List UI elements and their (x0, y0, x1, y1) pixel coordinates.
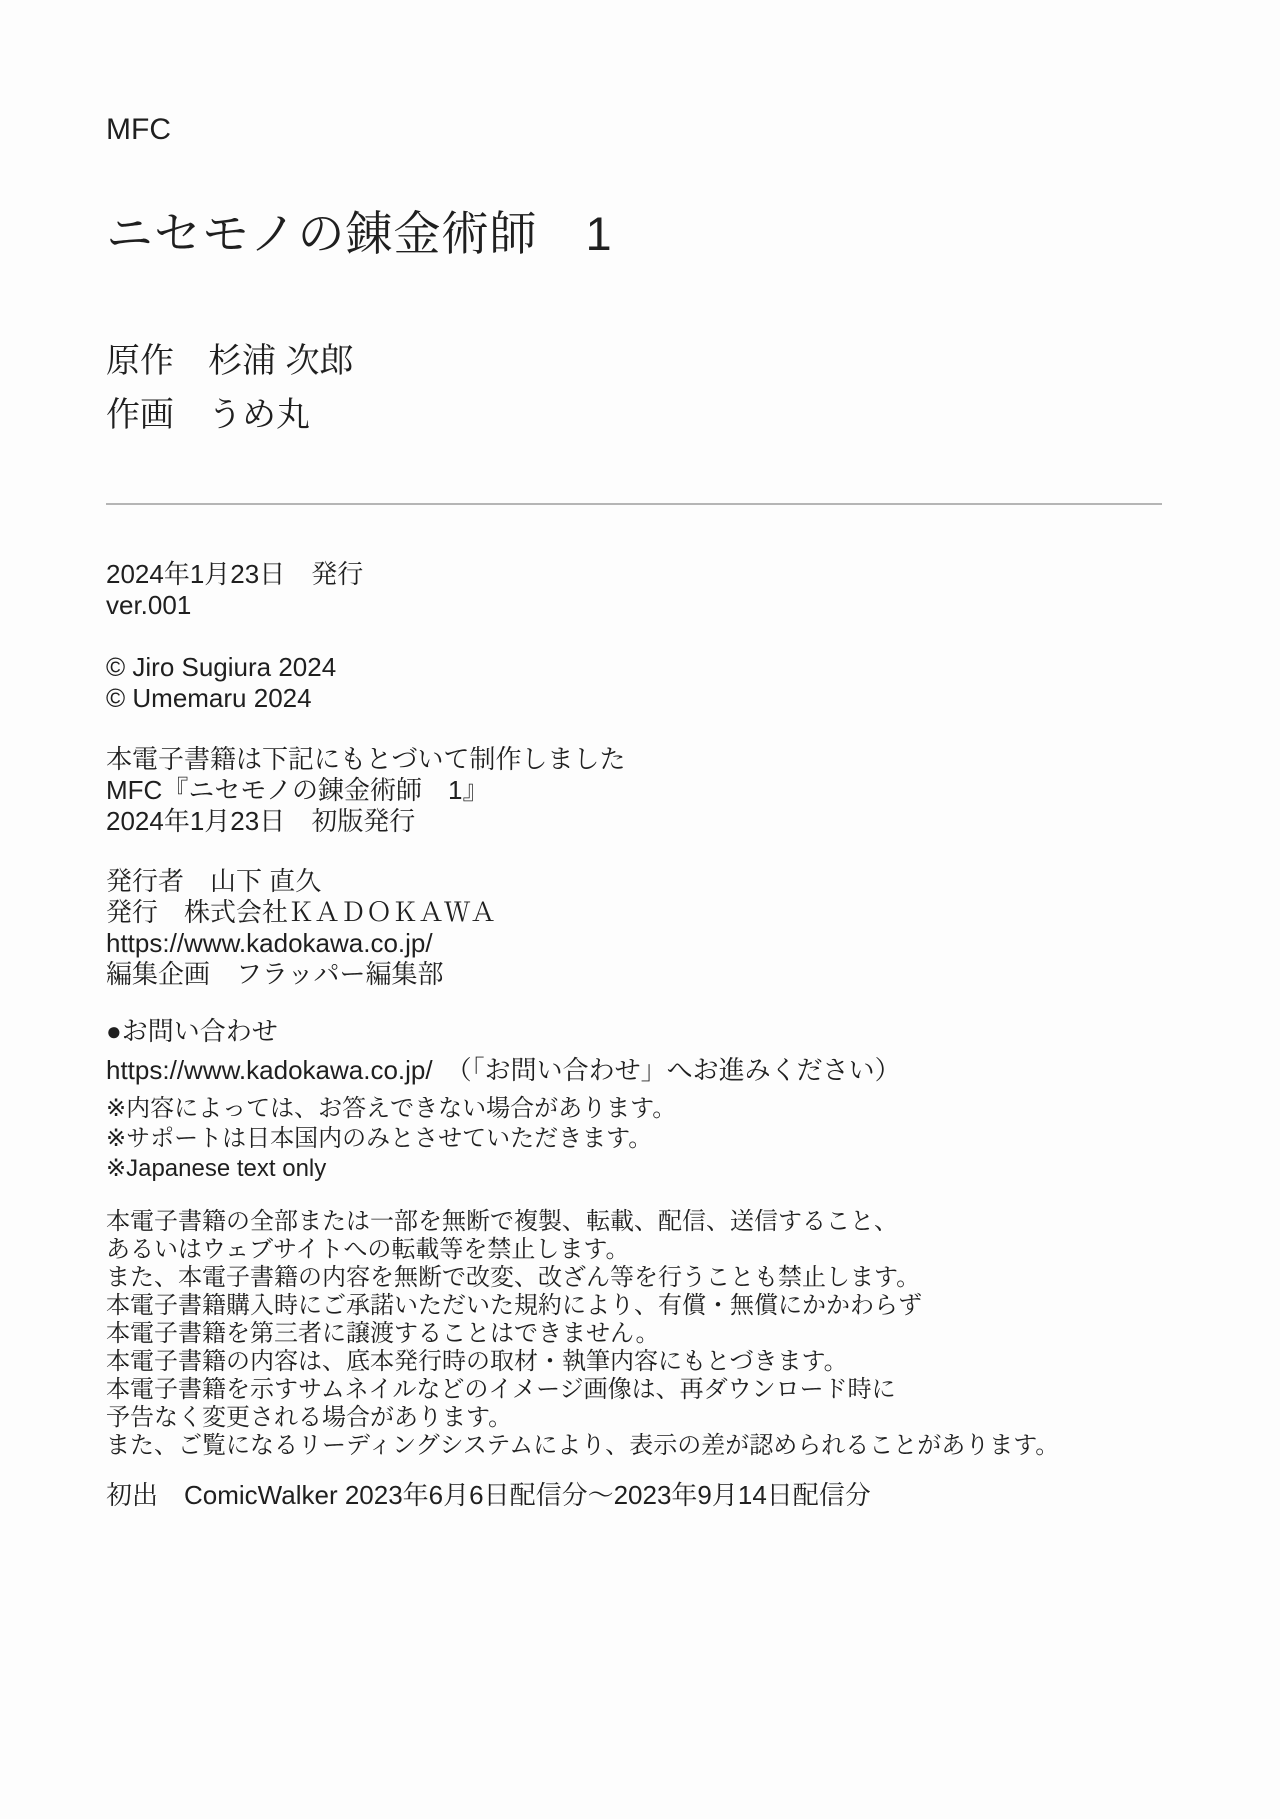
contact-note-language: ※Japanese text only (106, 1154, 1240, 1184)
legal-line: 本電子書籍購入時にご承諾いただいた規約により、有償・無償にかかわらず (106, 1292, 1240, 1320)
contact-note-support: ※サポートは日本国内のみとさせていただきます。 (106, 1124, 1240, 1154)
publisher-block: 発行者 山下 直久 発行 株式会社ＫＡＤＯＫＡＷＡ https://www.ka… (106, 866, 1240, 990)
legal-line: 本電子書籍を示すサムネイルなどのイメージ画像は、再ダウンロード時に (106, 1376, 1240, 1404)
imprint-label: MFC (106, 112, 1240, 148)
legal-line: 本電子書籍を第三者に譲渡することはできません。 (106, 1320, 1240, 1348)
contact-heading: ●お問い合わせ (106, 1016, 1240, 1047)
divider (106, 503, 1162, 505)
copyright-block: © Jiro Sugiura 2024 © Umemaru 2024 (106, 652, 1240, 714)
contact-notes-block: ※内容によっては、お答えできない場合があります。 ※サポートは日本国内のみとさせ… (106, 1094, 1240, 1184)
legal-line: あるいはウェブサイトへの転載等を禁止します。 (106, 1236, 1240, 1264)
legal-line: 予告なく変更される場合があります。 (106, 1404, 1240, 1432)
publisher-url-line: https://www.kadokawa.co.jp/ (106, 928, 1240, 959)
production-basis-line: 本電子書籍は下記にもとづいて制作しました (106, 744, 1240, 775)
first-publication-line: 初出 ComicWalker 2023年6月6日配信分～2023年9月14日配信… (106, 1480, 1240, 1511)
legal-line: また、ご覧になるリーディングシステムにより、表示の差が認められることがあります。 (106, 1432, 1240, 1460)
colophon-page: MFC ニセモノの錬金術師 1 原作 杉浦 次郎 作画 うめ丸 2024年1月2… (0, 0, 1280, 1819)
contact-note-content: ※内容によっては、お答えできない場合があります。 (106, 1094, 1240, 1124)
book-title: ニセモノの錬金術師 1 (106, 206, 1240, 262)
legal-line: また、本電子書籍の内容を無断で改変、改ざん等を行うことも禁止します。 (106, 1264, 1240, 1292)
publisher-company-line: 発行 株式会社ＫＡＤＯＫＡＷＡ (106, 897, 1240, 928)
credit-original-author: 原作 杉浦 次郎 (106, 334, 1240, 388)
source-edition-title-line: MFC『ニセモノの錬金術師 1』 (106, 775, 1240, 806)
editorial-division-line: 編集企画 フラッパー編集部 (106, 959, 1240, 990)
contact-url-line: https://www.kadokawa.co.jp/ （「お問い合わせ」へお進… (106, 1055, 1240, 1086)
production-basis-block: 本電子書籍は下記にもとづいて制作しました MFC『ニセモノの錬金術師 1』 20… (106, 744, 1240, 837)
credits-block: 原作 杉浦 次郎 作画 うめ丸 (106, 334, 1240, 442)
credit-artist: 作画 うめ丸 (106, 388, 1240, 442)
copyright-line-artist: © Umemaru 2024 (106, 683, 1240, 714)
publication-date-line: 2024年1月23日 発行 (106, 559, 1240, 590)
contact-heading-block: ●お問い合わせ (106, 1016, 1240, 1047)
publication-block: 2024年1月23日 発行 ver.001 (106, 559, 1240, 621)
version-line: ver.001 (106, 590, 1240, 621)
legal-line: 本電子書籍の全部または一部を無断で複製、転載、配信、送信すること、 (106, 1208, 1240, 1236)
copyright-line-author: © Jiro Sugiura 2024 (106, 652, 1240, 683)
colophon-content: MFC ニセモノの錬金術師 1 原作 杉浦 次郎 作画 うめ丸 2024年1月2… (0, 112, 1280, 1511)
contact-url-block: https://www.kadokawa.co.jp/ （「お問い合わせ」へお進… (106, 1055, 1240, 1086)
first-edition-date-line: 2024年1月23日 初版発行 (106, 806, 1240, 837)
legal-line: 本電子書籍の内容は、底本発行時の取材・執筆内容にもとづきます。 (106, 1348, 1240, 1376)
publisher-person-line: 発行者 山下 直久 (106, 866, 1240, 897)
legal-notice-block: 本電子書籍の全部または一部を無断で複製、転載、配信、送信すること、 あるいはウェ… (106, 1208, 1240, 1460)
